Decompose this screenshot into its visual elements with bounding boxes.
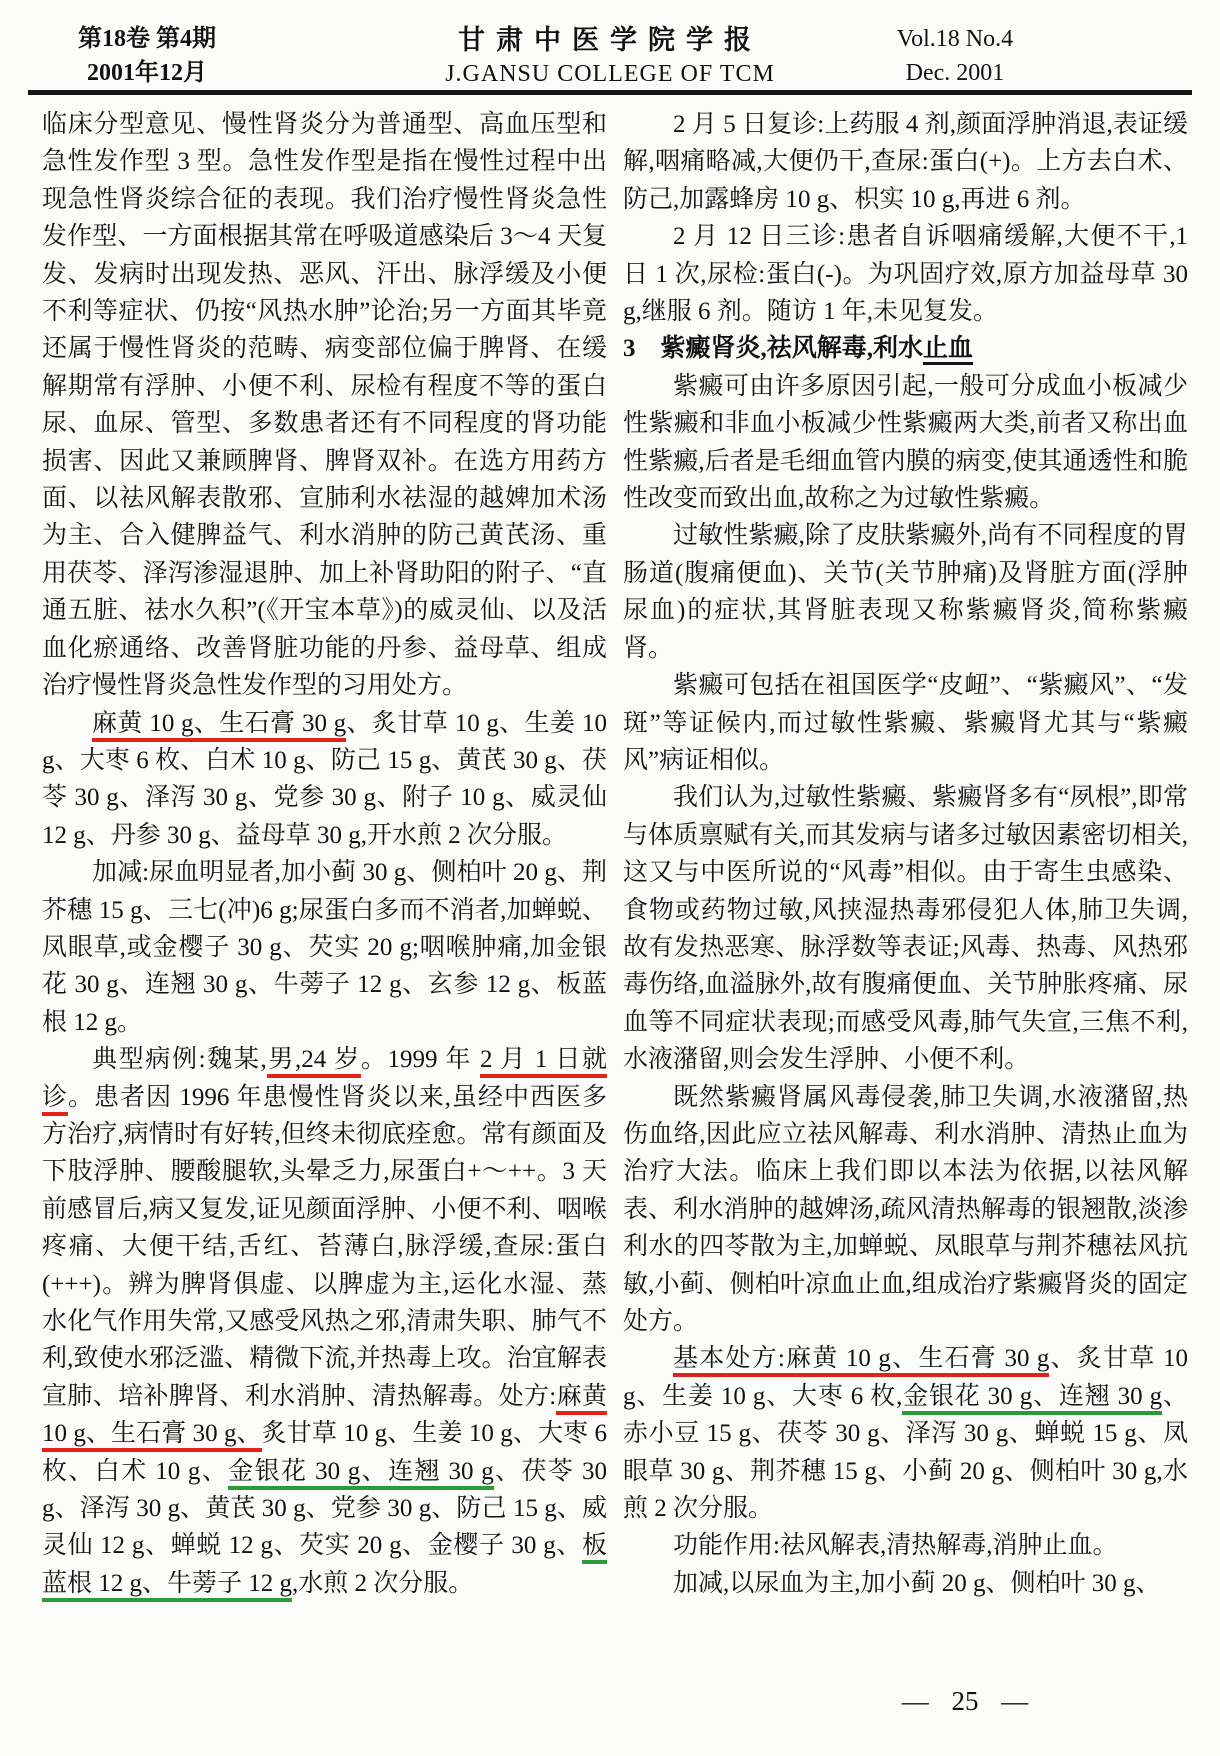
- text-run: 加减,以尿血为主,加小蓟 20 g、侧柏叶 30 g、: [673, 1570, 1161, 1597]
- journal-title-en: J.GANSU COLLEGE OF TCM: [300, 61, 920, 88]
- volume-issue-en: Vol.18 No.4: [870, 22, 1040, 56]
- header-volume-issue-en: Vol.18 No.4 Dec. 2001: [870, 22, 1040, 90]
- paragraph: 基本处方:麻黄 10 g、生石膏 30 g、炙甘草 10 g、生姜 10 g、大…: [623, 1340, 1188, 1527]
- black-underlined-text: 止血: [923, 335, 973, 365]
- text-run: 2 月 12 日三诊:患者自诉咽痛缓解,大便不干,1 日 1 次,尿检:蛋白(-…: [623, 223, 1188, 325]
- text-run: 紫癜可由许多原因引起,一般可分成血小板减少性紫癜和非血小板减少性紫癜两大类,前者…: [623, 373, 1188, 512]
- red-underlined-text: 男,24 岁: [267, 1046, 361, 1078]
- paragraph: 加减:尿血明显者,加小蓟 30 g、侧柏叶 20 g、荆芥穗 15 g、三七(冲…: [42, 854, 607, 1041]
- header-rule: [28, 90, 1192, 95]
- text-run: 。患者因 1996 年患慢性肾炎以来,虽经中西医多方治疗,病情时有好转,但终未彻…: [42, 1084, 607, 1410]
- header-volume-issue-cn: 第18卷 第4期 2001年12月: [78, 22, 216, 90]
- journal-title-block: 甘肃中医学院学报 J.GANSU COLLEGE OF TCM: [300, 18, 920, 88]
- paragraph: 临床分型意见、慢性肾炎分为普通型、高血压型和急性发作型 3 型。急性发作型是指在…: [42, 106, 607, 705]
- green-underlined-text: 金银花 30 g、连翘 30 g: [902, 1383, 1162, 1415]
- paragraph: 紫癜可包括在祖国医学“皮衄”、“紫癜风”、“发斑”等证候内,而过敏性紫癜、紫癜肾…: [623, 667, 1188, 779]
- text-run: 临床分型意见、慢性肾炎分为普通型、高血压型和急性发作型 3 型。急性发作型是指在…: [42, 111, 607, 699]
- section-heading: 3 紫癜肾炎,祛风解毒,利水止血: [623, 330, 1188, 367]
- page-number: — 25 —: [902, 1686, 1029, 1716]
- paragraph: 典型病例:魏某,男,24 岁。1999 年 2 月 1 日就诊。患者因 1996…: [42, 1041, 607, 1602]
- text-run: 功能作用:祛风解表,清热解毒,消肿止血。: [673, 1532, 1117, 1559]
- red-underlined-text: 基本处方:麻黄 10 g、生石膏 30 g: [673, 1345, 1049, 1377]
- left-column: 临床分型意见、慢性肾炎分为普通型、高血压型和急性发作型 3 型。急性发作型是指在…: [42, 106, 607, 1602]
- paragraph: 过敏性紫癜,除了皮肤紫癜外,尚有不同程度的胃肠道(腹痛便血)、关节(关节肿痛)及…: [623, 517, 1188, 667]
- text-run: 2 月 5 日复诊:上药服 4 剂,颜面浮肿消退,表证缓解,咽痛略减,大便仍干,…: [623, 111, 1188, 213]
- text-run: 既然紫癜肾属风毒侵袭,肺卫失调,水液潴留,热伤血络,因此应立祛风解毒、利水消肿、…: [623, 1084, 1188, 1335]
- text-run: 过敏性紫癜,除了皮肤紫癜外,尚有不同程度的胃肠道(腹痛便血)、关节(关节肿痛)及…: [623, 522, 1188, 661]
- paragraph: 2 月 12 日三诊:患者自诉咽痛缓解,大便不干,1 日 1 次,尿检:蛋白(-…: [623, 218, 1188, 330]
- journal-page: 第18卷 第4期 2001年12月 甘肃中医学院学报 J.GANSU COLLE…: [0, 0, 1220, 1756]
- text-run: 紫癜可包括在祖国医学“皮衄”、“紫癜风”、“发斑”等证候内,而过敏性紫癜、紫癜肾…: [623, 672, 1188, 774]
- journal-title-cn: 甘肃中医学院学报: [300, 18, 920, 57]
- volume-issue-cn: 第18卷 第4期: [78, 22, 216, 56]
- paragraph: 紫癜可由许多原因引起,一般可分成血小板减少性紫癜和非血小板减少性紫癜两大类,前者…: [623, 368, 1188, 518]
- article-body: 临床分型意见、慢性肾炎分为普通型、高血压型和急性发作型 3 型。急性发作型是指在…: [42, 106, 1188, 1602]
- paragraph: 我们认为,过敏性紫癜、紫癜肾多有“夙根”,即常与体质禀赋有关,而其发病与诸多过敏…: [623, 779, 1188, 1078]
- page-footer: — 25 —: [880, 1686, 1050, 1717]
- paragraph: 加减,以尿血为主,加小蓟 20 g、侧柏叶 30 g、: [623, 1565, 1188, 1602]
- text-run: 典型病例:魏某,: [92, 1046, 267, 1073]
- text-run: ,水煎 2 次分服。: [292, 1570, 473, 1597]
- text-run: 我们认为,过敏性紫癜、紫癜肾多有“夙根”,即常与体质禀赋有关,而其发病与诸多过敏…: [623, 784, 1188, 1073]
- text-run: 3 紫癜肾炎,祛风解毒,利水: [623, 335, 923, 362]
- paragraph: 既然紫癜肾属风毒侵袭,肺卫失调,水液潴留,热伤血络,因此应立祛风解毒、利水消肿、…: [623, 1079, 1188, 1341]
- paragraph: 功能作用:祛风解表,清热解毒,消肿止血。: [623, 1527, 1188, 1564]
- paragraph: 麻黄 10 g、生石膏 30 g、炙甘草 10 g、生姜 10 g、大枣 6 枚…: [42, 705, 607, 855]
- text-run: 。1999 年: [361, 1046, 480, 1073]
- text-run: 加减:尿血明显者,加小蓟 30 g、侧柏叶 20 g、荆芥穗 15 g、三七(冲…: [42, 859, 607, 1036]
- green-underlined-text: 金银花 30 g、连翘 30 g: [228, 1458, 493, 1490]
- issue-date-en: Dec. 2001: [870, 56, 1040, 90]
- red-underlined-text: 麻黄 10 g、生石膏 30 g: [92, 710, 346, 742]
- right-column: 2 月 5 日复诊:上药服 4 剂,颜面浮肿消退,表证缓解,咽痛略减,大便仍干,…: [623, 106, 1188, 1602]
- paragraph: 2 月 5 日复诊:上药服 4 剂,颜面浮肿消退,表证缓解,咽痛略减,大便仍干,…: [623, 106, 1188, 218]
- issue-date-cn: 2001年12月: [78, 56, 216, 90]
